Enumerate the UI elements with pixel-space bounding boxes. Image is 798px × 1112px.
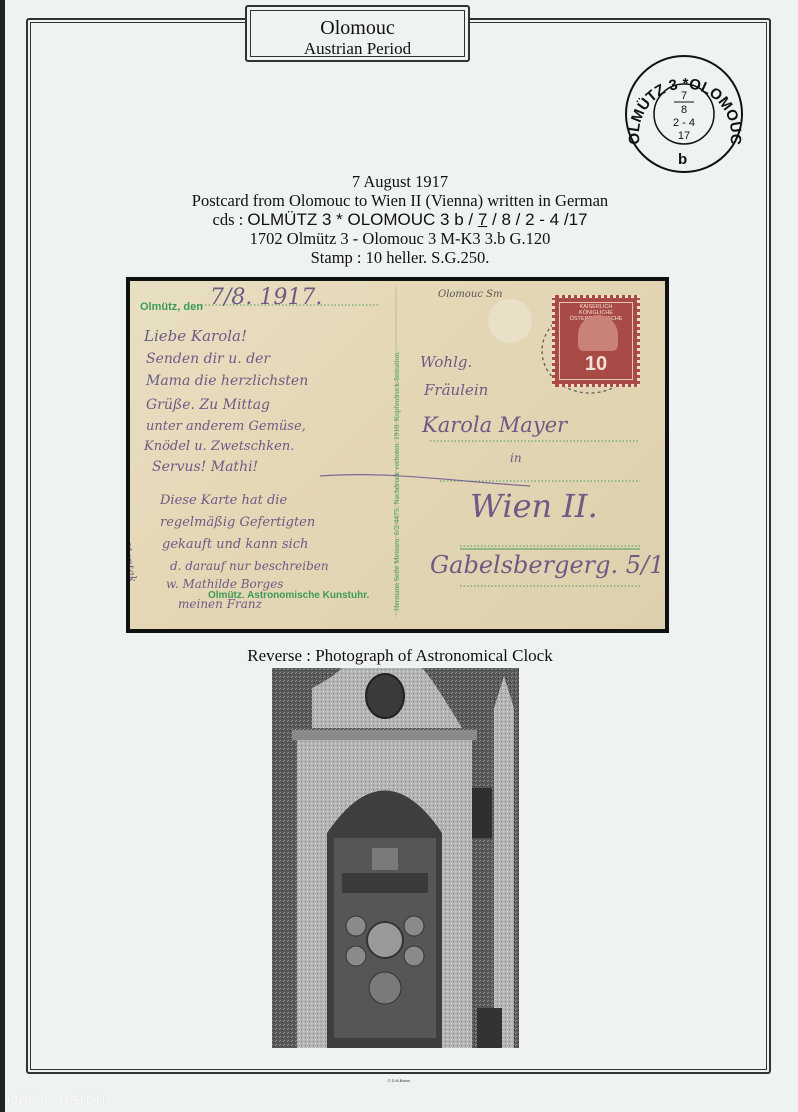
title-box: Olomouc Austrian Period bbox=[245, 5, 470, 62]
astronomical-clock-photo bbox=[272, 668, 519, 1048]
handwritten-line: d. darauf nur beschreiben bbox=[170, 559, 329, 573]
address-title: Fräulein bbox=[424, 381, 488, 399]
postmark-month: 8 bbox=[681, 104, 687, 116]
postage-stamp: KAISERLICH KÖNIGLICHE ÖSTERREICHISCHE PO… bbox=[552, 295, 640, 387]
handwritten-line: Servus! Mathi! bbox=[152, 459, 258, 475]
printed-place: Olmütz, den bbox=[140, 301, 203, 313]
cds-text-b: / 8 / 2 - 4 /17 bbox=[487, 210, 587, 229]
description-date: 7 August 1917 bbox=[100, 172, 700, 191]
copyright-note: © D.N.Baron bbox=[0, 1078, 798, 1083]
clock-illustration bbox=[272, 668, 519, 1048]
printed-publisher: Hermann Seibt Meissen. 6/2/4475. Nachdru… bbox=[392, 291, 402, 611]
description-stamp: Stamp : 10 heller. S.G.250. bbox=[100, 248, 700, 267]
page-title: Olomouc bbox=[251, 17, 464, 39]
handwritten-line: Senden dir u. der bbox=[146, 351, 270, 367]
handwritten-line: Knödel u. Zwetschken. bbox=[144, 439, 294, 454]
handwritten-line: Diese Karte hat die bbox=[160, 493, 287, 508]
cds-text-day: 7 bbox=[478, 210, 487, 229]
postcard-image: Olmütz, den Olmütz. Astronomische Kunstu… bbox=[126, 277, 669, 633]
postmark-time: 2 - 4 bbox=[673, 117, 695, 129]
postmark-icon: OLMÜTZ 3 *OLOMOUC b 7 8 2 - 4 17 bbox=[612, 52, 752, 182]
scan-edge bbox=[0, 0, 5, 1112]
cds-text-a: OLMÜTZ 3 * OLOMOUC 3 b / bbox=[247, 210, 478, 229]
address-in: in bbox=[510, 451, 522, 465]
handwritten-line: gekauft und kann sich bbox=[162, 537, 308, 552]
address-city: Wien II. bbox=[470, 487, 598, 525]
postmark-day: 7 bbox=[681, 90, 687, 102]
handwritten-line: unter anderem Gemüse, bbox=[146, 419, 306, 434]
handwritten-line: w. Mathilde Borges bbox=[166, 577, 283, 591]
crown-icon bbox=[578, 315, 618, 351]
description-block: 7 August 1917 Postcard from Olomouc to W… bbox=[100, 172, 700, 267]
description-catalogue: 1702 Olmütz 3 - Olomouc 3 M-K3 3.b G.120 bbox=[100, 229, 700, 248]
reverse-caption: Reverse : Photograph of Astronomical Clo… bbox=[200, 646, 600, 666]
handwritten-date: 7/8. 1917. bbox=[210, 285, 322, 310]
postcard-front: Olmütz, den Olmütz. Astronomische Kunstu… bbox=[130, 281, 665, 629]
cds-label: cds : bbox=[213, 210, 248, 229]
address-street: Gabelsbergerg. 5/15 bbox=[430, 551, 665, 579]
handwritten-line: meinen Franz bbox=[178, 597, 262, 611]
watermark: Derek Baron bbox=[6, 1090, 106, 1109]
postmark-year: 17 bbox=[678, 130, 690, 142]
postmark-letter: b bbox=[678, 151, 687, 168]
handwritten-line: regelmäßig Gefertigten bbox=[160, 515, 315, 530]
stamp-value: 10 bbox=[560, 353, 632, 376]
handwritten-line: Liebe Karola! bbox=[144, 327, 247, 345]
page-subtitle: Austrian Period bbox=[251, 39, 464, 58]
description-cds: cds : OLMÜTZ 3 * OLOMOUC 3 b / 7 / 8 / 2… bbox=[100, 210, 700, 229]
address-salutation: Wohlg. bbox=[420, 353, 472, 371]
handwritten-line: Grüße. Zu Mittag bbox=[146, 397, 270, 413]
description-route: Postcard from Olomouc to Wien II (Vienna… bbox=[100, 191, 700, 210]
handwritten-corner-note: Olomouc Sm bbox=[438, 289, 502, 300]
address-name: Karola Mayer bbox=[422, 413, 567, 437]
handwritten-line: Mama die herzlichsten bbox=[146, 373, 308, 389]
